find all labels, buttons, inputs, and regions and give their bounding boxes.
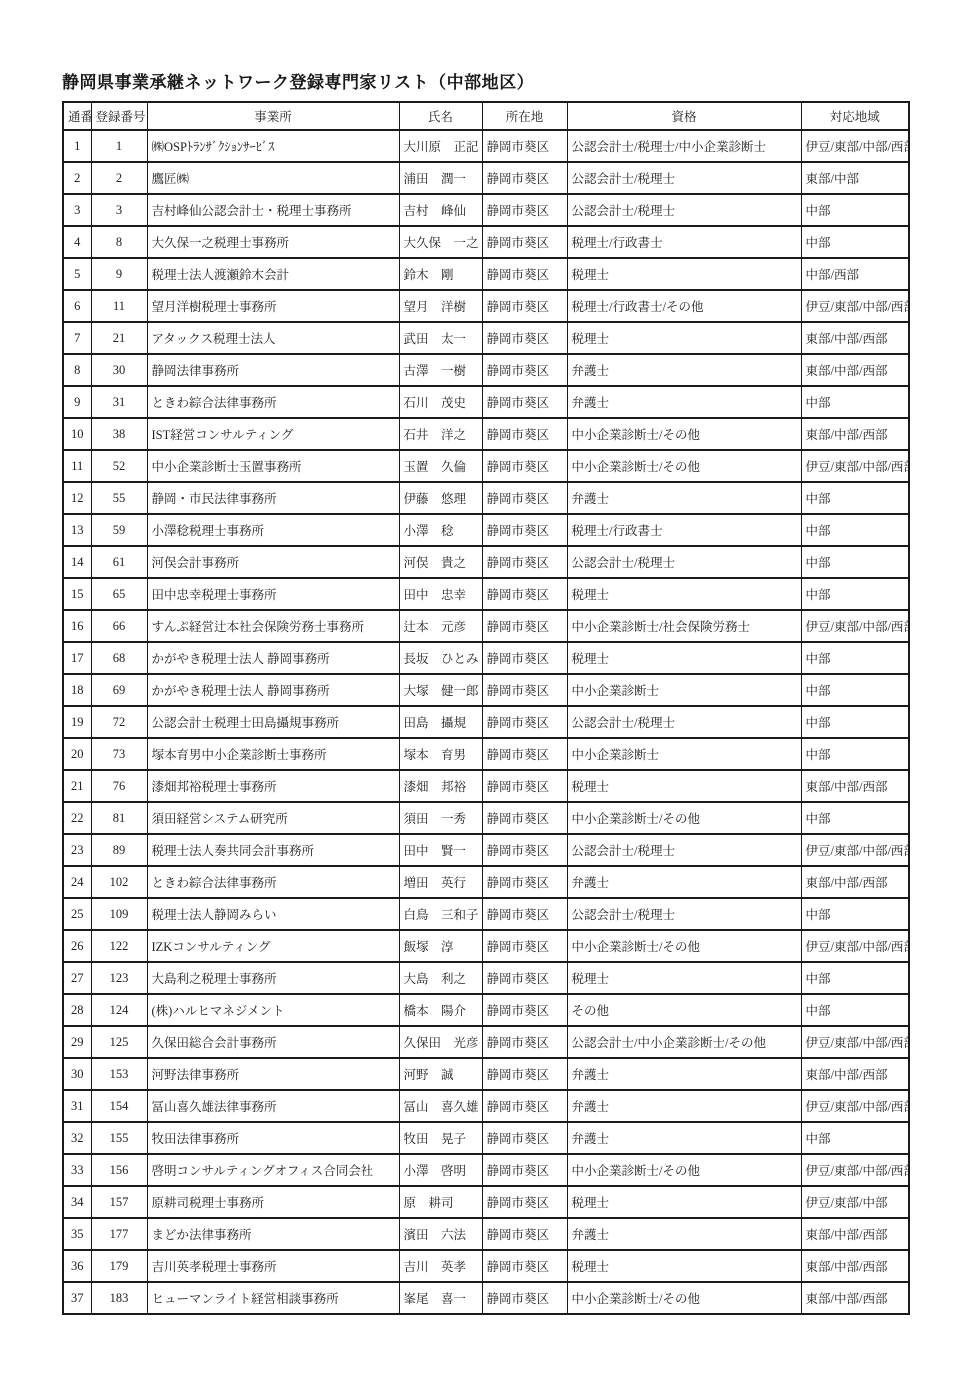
cell-service-area: 東部/中部 — [801, 162, 909, 194]
cell-location: 静岡市葵区 — [482, 1250, 567, 1282]
cell-qualification: 中小企業診断士 — [567, 738, 801, 770]
cell-location: 静岡市葵区 — [482, 610, 567, 642]
table-row: 931ときわ綜合法律事務所石川 茂史静岡市葵区弁護士中部 — [63, 386, 909, 418]
cell-location: 静岡市葵区 — [482, 450, 567, 482]
cell-qualification: 中小企業診断士/社会保険労務士 — [567, 610, 801, 642]
cell-office: 吉川英孝税理士事務所 — [147, 1250, 399, 1282]
table-row: 1768かがやき税理士法人 静岡事務所長坂 ひとみ静岡市葵区税理士中部 — [63, 642, 909, 674]
cell-name: 原 耕司 — [399, 1186, 482, 1218]
table-row: 33吉村峰仙公認会計士・税理士事務所吉村 峰仙静岡市葵区公認会計士/税理士中部 — [63, 194, 909, 226]
cell-serial: 25 — [63, 898, 91, 930]
cell-office: 税理士法人渡瀬鈴木会計 — [147, 258, 399, 290]
cell-service-area: 中部 — [801, 738, 909, 770]
cell-location: 静岡市葵区 — [482, 1026, 567, 1058]
cell-registration-number: 52 — [91, 450, 147, 482]
cell-service-area: 伊豆/東部/中部/西部 — [801, 1090, 909, 1122]
cell-serial: 37 — [63, 1282, 91, 1314]
column-header-name: 氏名 — [399, 102, 482, 130]
cell-office: 塚本育男中小企業診断士事務所 — [147, 738, 399, 770]
cell-qualification: 弁護士 — [567, 354, 801, 386]
cell-serial: 26 — [63, 930, 91, 962]
cell-serial: 5 — [63, 258, 91, 290]
table-row: 27123大島利之税理士事務所大島 利之静岡市葵区税理士中部 — [63, 962, 909, 994]
table-header: 通番 登録番号 事業所 氏名 所在地 資格 対応地域 — [63, 102, 909, 130]
cell-location: 静岡市葵区 — [482, 1090, 567, 1122]
cell-service-area: 東部/中部/西部 — [801, 354, 909, 386]
cell-registration-number: 59 — [91, 514, 147, 546]
table-row: 48大久保一之税理士事務所大久保 一之静岡市葵区税理士/行政書士中部 — [63, 226, 909, 258]
cell-qualification: 弁護士 — [567, 1090, 801, 1122]
table-row: 1565田中忠幸税理士事務所田中 忠幸静岡市葵区税理士中部 — [63, 578, 909, 610]
expert-list-table: 通番 登録番号 事業所 氏名 所在地 資格 対応地域 11㈱OSPﾄﾗﾝｻﾞｸｼ… — [62, 101, 910, 1315]
cell-serial: 6 — [63, 290, 91, 322]
cell-service-area: 中部 — [801, 674, 909, 706]
cell-qualification: 公認会計士/税理士 — [567, 706, 801, 738]
cell-name: 飯塚 淳 — [399, 930, 482, 962]
table-row: 35177まどか法律事務所濱田 六法静岡市葵区弁護士東部/中部/西部 — [63, 1218, 909, 1250]
table-header-row: 通番 登録番号 事業所 氏名 所在地 資格 対応地域 — [63, 102, 909, 130]
cell-office: (株)ハルヒマネジメント — [147, 994, 399, 1026]
cell-service-area: 伊豆/東部/中部/西部 — [801, 130, 909, 162]
cell-service-area: 中部 — [801, 386, 909, 418]
cell-location: 静岡市葵区 — [482, 354, 567, 386]
cell-name: 伊藤 悠理 — [399, 482, 482, 514]
cell-location: 静岡市葵区 — [482, 1058, 567, 1090]
column-header-location: 所在地 — [482, 102, 567, 130]
cell-qualification: 税理士 — [567, 1250, 801, 1282]
cell-service-area: 中部 — [801, 226, 909, 258]
cell-location: 静岡市葵区 — [482, 578, 567, 610]
cell-location: 静岡市葵区 — [482, 1186, 567, 1218]
cell-office: IZKコンサルティング — [147, 930, 399, 962]
cell-location: 静岡市葵区 — [482, 770, 567, 802]
cell-registration-number: 153 — [91, 1058, 147, 1090]
cell-service-area: 中部 — [801, 994, 909, 1026]
table-row: 11㈱OSPﾄﾗﾝｻﾞｸｼｮﾝｻｰﾋﾞｽ大川原 正記静岡市葵区公認会計士/税理士… — [63, 130, 909, 162]
cell-name: 須田 一秀 — [399, 802, 482, 834]
cell-service-area: 中部 — [801, 642, 909, 674]
cell-name: 漆畑 邦裕 — [399, 770, 482, 802]
cell-service-area: 伊豆/東部/中部/西部 — [801, 1026, 909, 1058]
cell-name: 吉村 峰仙 — [399, 194, 482, 226]
cell-serial: 10 — [63, 418, 91, 450]
cell-service-area: 東部/中部/西部 — [801, 322, 909, 354]
cell-office: アタックス税理士法人 — [147, 322, 399, 354]
cell-service-area: 東部/中部/西部 — [801, 1218, 909, 1250]
cell-location: 静岡市葵区 — [482, 226, 567, 258]
cell-qualification: 税理士 — [567, 578, 801, 610]
page-title: 静岡県事業承継ネットワーク登録専門家リスト（中部地区） — [62, 68, 534, 93]
cell-service-area: 中部 — [801, 194, 909, 226]
cell-name: 田島 攝規 — [399, 706, 482, 738]
cell-name: 辻本 元彦 — [399, 610, 482, 642]
cell-office: ときわ綜合法律事務所 — [147, 866, 399, 898]
cell-registration-number: 124 — [91, 994, 147, 1026]
cell-qualification: 弁護士 — [567, 1058, 801, 1090]
cell-office: 河野法律事務所 — [147, 1058, 399, 1090]
table-row: 2281須田経営システム研究所須田 一秀静岡市葵区中小企業診断士/その他中部 — [63, 802, 909, 834]
cell-name: 田中 忠幸 — [399, 578, 482, 610]
cell-service-area: 伊豆/東部/中部/西部 — [801, 834, 909, 866]
cell-serial: 9 — [63, 386, 91, 418]
cell-location: 静岡市葵区 — [482, 962, 567, 994]
cell-registration-number: 21 — [91, 322, 147, 354]
cell-location: 静岡市葵区 — [482, 418, 567, 450]
cell-location: 静岡市葵区 — [482, 1154, 567, 1186]
cell-location: 静岡市葵区 — [482, 674, 567, 706]
cell-qualification: 税理士 — [567, 770, 801, 802]
cell-location: 静岡市葵区 — [482, 194, 567, 226]
cell-name: 古澤 一樹 — [399, 354, 482, 386]
cell-name: 大塚 健一郎 — [399, 674, 482, 706]
cell-serial: 12 — [63, 482, 91, 514]
cell-registration-number: 66 — [91, 610, 147, 642]
cell-office: かがやき税理士法人 静岡事務所 — [147, 674, 399, 706]
cell-location: 静岡市葵区 — [482, 994, 567, 1026]
table-row: 29125久保田総合会計事務所久保田 光彦静岡市葵区公認会計士/中小企業診断士/… — [63, 1026, 909, 1058]
cell-office: 大久保一之税理士事務所 — [147, 226, 399, 258]
cell-qualification: 中小企業診断士/その他 — [567, 930, 801, 962]
table-row: 37183ヒューマンライト経営相談事務所峯尾 喜一静岡市葵区中小企業診断士/その… — [63, 1282, 909, 1314]
document-page: 静岡県事業承継ネットワーク登録専門家リスト（中部地区） 通番 登録番号 事業所 … — [0, 0, 970, 1373]
cell-name: 望月 洋樹 — [399, 290, 482, 322]
cell-location: 静岡市葵区 — [482, 802, 567, 834]
table-row: 1255静岡・市民法律事務所伊藤 悠理静岡市葵区弁護士中部 — [63, 482, 909, 514]
cell-office: 大島利之税理士事務所 — [147, 962, 399, 994]
cell-location: 静岡市葵区 — [482, 738, 567, 770]
table-row: 32155牧田法律事務所牧田 晃子静岡市葵区弁護士中部 — [63, 1122, 909, 1154]
cell-office: IST経営コンサルティング — [147, 418, 399, 450]
cell-name: 白鳥 三和子 — [399, 898, 482, 930]
cell-service-area: 東部/中部/西部 — [801, 1250, 909, 1282]
cell-qualification: 公認会計士/税理士 — [567, 194, 801, 226]
cell-name: 河野 誠 — [399, 1058, 482, 1090]
table-row: 26122IZKコンサルティング飯塚 淳静岡市葵区中小企業診断士/その他伊豆/東… — [63, 930, 909, 962]
cell-service-area: 中部 — [801, 546, 909, 578]
cell-qualification: 中小企業診断士/その他 — [567, 1154, 801, 1186]
cell-serial: 30 — [63, 1058, 91, 1090]
cell-service-area: 中部 — [801, 706, 909, 738]
cell-location: 静岡市葵区 — [482, 546, 567, 578]
cell-registration-number: 125 — [91, 1026, 147, 1058]
cell-registration-number: 72 — [91, 706, 147, 738]
cell-service-area: 東部/中部/西部 — [801, 866, 909, 898]
cell-registration-number: 183 — [91, 1282, 147, 1314]
cell-service-area: 中部 — [801, 962, 909, 994]
cell-registration-number: 123 — [91, 962, 147, 994]
cell-name: 塚本 育男 — [399, 738, 482, 770]
table-row: 33156啓明コンサルティングオフィス合同会社小澤 啓明静岡市葵区中小企業診断士… — [63, 1154, 909, 1186]
table-row: 24102ときわ綜合法律事務所増田 英行静岡市葵区弁護士東部/中部/西部 — [63, 866, 909, 898]
cell-name: 小澤 啓明 — [399, 1154, 482, 1186]
cell-service-area: 東部/中部/西部 — [801, 1282, 909, 1314]
cell-registration-number: 65 — [91, 578, 147, 610]
cell-office: ヒューマンライト経営相談事務所 — [147, 1282, 399, 1314]
cell-name: 久保田 光彦 — [399, 1026, 482, 1058]
cell-office: 久保田総合会計事務所 — [147, 1026, 399, 1058]
cell-location: 静岡市葵区 — [482, 642, 567, 674]
cell-qualification: 公認会計士/税理士 — [567, 834, 801, 866]
cell-registration-number: 38 — [91, 418, 147, 450]
table-row: 34157原耕司税理士事務所原 耕司静岡市葵区税理士伊豆/東部/中部 — [63, 1186, 909, 1218]
cell-registration-number: 3 — [91, 194, 147, 226]
cell-registration-number: 156 — [91, 1154, 147, 1186]
cell-office: 河俣会計事務所 — [147, 546, 399, 578]
cell-office: ときわ綜合法律事務所 — [147, 386, 399, 418]
table-row: 59税理士法人渡瀬鈴木会計鈴木 剛静岡市葵区税理士中部/西部 — [63, 258, 909, 290]
table-row: 830静岡法律事務所古澤 一樹静岡市葵区弁護士東部/中部/西部 — [63, 354, 909, 386]
cell-name: 長坂 ひとみ — [399, 642, 482, 674]
cell-name: 石川 茂史 — [399, 386, 482, 418]
cell-qualification: 弁護士 — [567, 1218, 801, 1250]
cell-serial: 4 — [63, 226, 91, 258]
cell-location: 静岡市葵区 — [482, 514, 567, 546]
cell-office: 税理士法人静岡みらい — [147, 898, 399, 930]
cell-name: 浦田 潤一 — [399, 162, 482, 194]
cell-serial: 34 — [63, 1186, 91, 1218]
table-row: 2176漆畑邦裕税理士事務所漆畑 邦裕静岡市葵区税理士東部/中部/西部 — [63, 770, 909, 802]
cell-name: 峯尾 喜一 — [399, 1282, 482, 1314]
cell-name: 増田 英行 — [399, 866, 482, 898]
cell-service-area: 伊豆/東部/中部/西部 — [801, 290, 909, 322]
cell-serial: 23 — [63, 834, 91, 866]
cell-office: ㈱OSPﾄﾗﾝｻﾞｸｼｮﾝｻｰﾋﾞｽ — [147, 130, 399, 162]
cell-serial: 33 — [63, 1154, 91, 1186]
cell-office: 啓明コンサルティングオフィス合同会社 — [147, 1154, 399, 1186]
cell-serial: 17 — [63, 642, 91, 674]
cell-service-area: 中部 — [801, 514, 909, 546]
cell-office: 原耕司税理士事務所 — [147, 1186, 399, 1218]
cell-qualification: 中小企業診断士/その他 — [567, 802, 801, 834]
cell-service-area: 伊豆/東部/中部/西部 — [801, 610, 909, 642]
cell-serial: 8 — [63, 354, 91, 386]
cell-service-area: 伊豆/東部/中部/西部 — [801, 450, 909, 482]
cell-office: 鷹匠㈱ — [147, 162, 399, 194]
cell-registration-number: 31 — [91, 386, 147, 418]
table-row: 611望月洋樹税理士事務所望月 洋樹静岡市葵区税理士/行政書士/その他伊豆/東部… — [63, 290, 909, 322]
column-header-service-area: 対応地域 — [801, 102, 909, 130]
cell-serial: 24 — [63, 866, 91, 898]
table-row: 30153河野法律事務所河野 誠静岡市葵区弁護士東部/中部/西部 — [63, 1058, 909, 1090]
cell-location: 静岡市葵区 — [482, 706, 567, 738]
cell-office: 冨山喜久雄法律事務所 — [147, 1090, 399, 1122]
cell-registration-number: 157 — [91, 1186, 147, 1218]
table-row: 1038IST経営コンサルティング石井 洋之静岡市葵区中小企業診断士/その他東部… — [63, 418, 909, 450]
cell-office: まどか法律事務所 — [147, 1218, 399, 1250]
cell-qualification: 公認会計士/税理士/中小企業診断士 — [567, 130, 801, 162]
table-row: 1869かがやき税理士法人 静岡事務所大塚 健一郎静岡市葵区中小企業診断士中部 — [63, 674, 909, 706]
cell-service-area: 中部/西部 — [801, 258, 909, 290]
cell-qualification: 税理士 — [567, 322, 801, 354]
table-row: 31154冨山喜久雄法律事務所冨山 喜久雄静岡市葵区弁護士伊豆/東部/中部/西部 — [63, 1090, 909, 1122]
cell-serial: 29 — [63, 1026, 91, 1058]
cell-registration-number: 81 — [91, 802, 147, 834]
cell-registration-number: 102 — [91, 866, 147, 898]
cell-serial: 27 — [63, 962, 91, 994]
cell-qualification: 税理士/行政書士/その他 — [567, 290, 801, 322]
cell-location: 静岡市葵区 — [482, 898, 567, 930]
cell-office: 公認会計士税理士田島攝規事務所 — [147, 706, 399, 738]
cell-serial: 32 — [63, 1122, 91, 1154]
cell-office: 中小企業診断士玉置事務所 — [147, 450, 399, 482]
cell-serial: 18 — [63, 674, 91, 706]
cell-registration-number: 30 — [91, 354, 147, 386]
cell-registration-number: 73 — [91, 738, 147, 770]
cell-qualification: 税理士/行政書士 — [567, 514, 801, 546]
cell-service-area: 伊豆/東部/中部/西部 — [801, 1154, 909, 1186]
table-row: 1972公認会計士税理士田島攝規事務所田島 攝規静岡市葵区公認会計士/税理士中部 — [63, 706, 909, 738]
cell-qualification: 中小企業診断士/その他 — [567, 418, 801, 450]
table-row: 36179吉川英孝税理士事務所吉川 英孝静岡市葵区税理士東部/中部/西部 — [63, 1250, 909, 1282]
cell-serial: 28 — [63, 994, 91, 1026]
cell-name: 大島 利之 — [399, 962, 482, 994]
cell-name: 小澤 稔 — [399, 514, 482, 546]
cell-service-area: 中部 — [801, 898, 909, 930]
cell-registration-number: 69 — [91, 674, 147, 706]
column-header-office: 事業所 — [147, 102, 399, 130]
cell-name: 牧田 晃子 — [399, 1122, 482, 1154]
cell-qualification: 税理士 — [567, 258, 801, 290]
cell-name: 玉置 久倫 — [399, 450, 482, 482]
cell-name: 鈴木 剛 — [399, 258, 482, 290]
cell-registration-number: 179 — [91, 1250, 147, 1282]
cell-qualification: 公認会計士/中小企業診断士/その他 — [567, 1026, 801, 1058]
cell-registration-number: 11 — [91, 290, 147, 322]
cell-service-area: 伊豆/東部/中部 — [801, 1186, 909, 1218]
cell-qualification: 税理士 — [567, 1186, 801, 1218]
cell-name: 河俣 貴之 — [399, 546, 482, 578]
cell-registration-number: 109 — [91, 898, 147, 930]
cell-qualification: 税理士 — [567, 642, 801, 674]
table-row: 2073塚本育男中小企業診断士事務所塚本 育男静岡市葵区中小企業診断士中部 — [63, 738, 909, 770]
cell-registration-number: 1 — [91, 130, 147, 162]
cell-registration-number: 9 — [91, 258, 147, 290]
cell-office: 牧田法律事務所 — [147, 1122, 399, 1154]
cell-office: 税理士法人奏共同会計事務所 — [147, 834, 399, 866]
cell-serial: 20 — [63, 738, 91, 770]
cell-serial: 19 — [63, 706, 91, 738]
cell-service-area: 中部 — [801, 802, 909, 834]
cell-qualification: 税理士 — [567, 962, 801, 994]
cell-registration-number: 55 — [91, 482, 147, 514]
cell-location: 静岡市葵区 — [482, 386, 567, 418]
expert-table-body: 11㈱OSPﾄﾗﾝｻﾞｸｼｮﾝｻｰﾋﾞｽ大川原 正記静岡市葵区公認会計士/税理士… — [63, 130, 909, 1314]
table-row: 721アタックス税理士法人武田 太一静岡市葵区税理士東部/中部/西部 — [63, 322, 909, 354]
cell-location: 静岡市葵区 — [482, 130, 567, 162]
cell-qualification: その他 — [567, 994, 801, 1026]
cell-office: 漆畑邦裕税理士事務所 — [147, 770, 399, 802]
cell-office: 小澤稔税理士事務所 — [147, 514, 399, 546]
cell-serial: 1 — [63, 130, 91, 162]
cell-qualification: 中小企業診断士 — [567, 674, 801, 706]
cell-serial: 3 — [63, 194, 91, 226]
cell-location: 静岡市葵区 — [482, 1122, 567, 1154]
cell-qualification: 弁護士 — [567, 386, 801, 418]
cell-name: 大久保 一之 — [399, 226, 482, 258]
cell-location: 静岡市葵区 — [482, 1218, 567, 1250]
cell-location: 静岡市葵区 — [482, 1282, 567, 1314]
cell-location: 静岡市葵区 — [482, 290, 567, 322]
table-row: 25109税理士法人静岡みらい白鳥 三和子静岡市葵区公認会計士/税理士中部 — [63, 898, 909, 930]
column-header-registration-number: 登録番号 — [91, 102, 147, 130]
cell-qualification: 弁護士 — [567, 1122, 801, 1154]
cell-registration-number: 155 — [91, 1122, 147, 1154]
cell-serial: 31 — [63, 1090, 91, 1122]
cell-office: 吉村峰仙公認会計士・税理士事務所 — [147, 194, 399, 226]
cell-name: 冨山 喜久雄 — [399, 1090, 482, 1122]
column-header-serial: 通番 — [63, 102, 91, 130]
cell-registration-number: 177 — [91, 1218, 147, 1250]
cell-location: 静岡市葵区 — [482, 482, 567, 514]
cell-service-area: 伊豆/東部/中部/西部 — [801, 930, 909, 962]
table-row: 1152中小企業診断士玉置事務所玉置 久倫静岡市葵区中小企業診断士/その他伊豆/… — [63, 450, 909, 482]
cell-name: 濱田 六法 — [399, 1218, 482, 1250]
cell-service-area: 中部 — [801, 482, 909, 514]
cell-registration-number: 61 — [91, 546, 147, 578]
cell-qualification: 税理士/行政書士 — [567, 226, 801, 258]
cell-qualification: 弁護士 — [567, 866, 801, 898]
cell-office: 静岡・市民法律事務所 — [147, 482, 399, 514]
cell-office: 静岡法律事務所 — [147, 354, 399, 386]
cell-serial: 11 — [63, 450, 91, 482]
cell-service-area: 中部 — [801, 1122, 909, 1154]
cell-office: 須田経営システム研究所 — [147, 802, 399, 834]
table-row: 28124(株)ハルヒマネジメント橋本 陽介静岡市葵区その他中部 — [63, 994, 909, 1026]
cell-name: 石井 洋之 — [399, 418, 482, 450]
table-row: 1666すんぷ経営辻本社会保険労務士事務所辻本 元彦静岡市葵区中小企業診断士/社… — [63, 610, 909, 642]
cell-name: 吉川 英孝 — [399, 1250, 482, 1282]
cell-name: 橋本 陽介 — [399, 994, 482, 1026]
cell-service-area: 東部/中部/西部 — [801, 418, 909, 450]
cell-location: 静岡市葵区 — [482, 162, 567, 194]
cell-serial: 36 — [63, 1250, 91, 1282]
cell-serial: 22 — [63, 802, 91, 834]
column-header-qualification: 資格 — [567, 102, 801, 130]
cell-qualification: 中小企業診断士/その他 — [567, 450, 801, 482]
cell-registration-number: 2 — [91, 162, 147, 194]
cell-registration-number: 76 — [91, 770, 147, 802]
cell-registration-number: 154 — [91, 1090, 147, 1122]
cell-serial: 14 — [63, 546, 91, 578]
cell-serial: 13 — [63, 514, 91, 546]
cell-serial: 35 — [63, 1218, 91, 1250]
cell-registration-number: 89 — [91, 834, 147, 866]
cell-qualification: 弁護士 — [567, 482, 801, 514]
cell-registration-number: 68 — [91, 642, 147, 674]
cell-name: 大川原 正記 — [399, 130, 482, 162]
cell-office: すんぷ経営辻本社会保険労務士事務所 — [147, 610, 399, 642]
cell-location: 静岡市葵区 — [482, 322, 567, 354]
cell-serial: 7 — [63, 322, 91, 354]
cell-qualification: 中小企業診断士/その他 — [567, 1282, 801, 1314]
cell-office: 望月洋樹税理士事務所 — [147, 290, 399, 322]
table-row: 22鷹匠㈱浦田 潤一静岡市葵区公認会計士/税理士東部/中部 — [63, 162, 909, 194]
cell-location: 静岡市葵区 — [482, 258, 567, 290]
cell-qualification: 公認会計士/税理士 — [567, 546, 801, 578]
cell-location: 静岡市葵区 — [482, 866, 567, 898]
cell-registration-number: 8 — [91, 226, 147, 258]
cell-location: 静岡市葵区 — [482, 930, 567, 962]
cell-location: 静岡市葵区 — [482, 834, 567, 866]
table-row: 1461河俣会計事務所河俣 貴之静岡市葵区公認会計士/税理士中部 — [63, 546, 909, 578]
table-row: 2389税理士法人奏共同会計事務所田中 賢一静岡市葵区公認会計士/税理士伊豆/東… — [63, 834, 909, 866]
cell-service-area: 中部 — [801, 578, 909, 610]
cell-registration-number: 122 — [91, 930, 147, 962]
cell-service-area: 東部/中部/西部 — [801, 1058, 909, 1090]
cell-name: 田中 賢一 — [399, 834, 482, 866]
cell-name: 武田 太一 — [399, 322, 482, 354]
cell-serial: 15 — [63, 578, 91, 610]
